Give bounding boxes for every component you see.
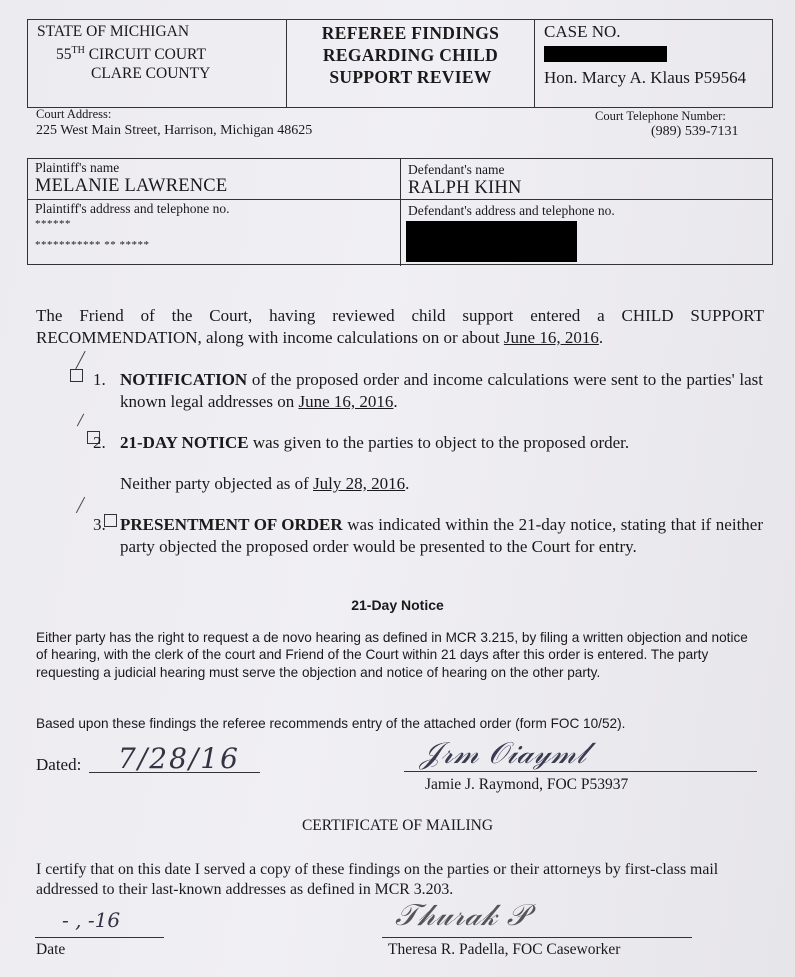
defendant-name: RALPH KIHN [408,178,772,199]
intro-paragraph: The Friend of the Court, having reviewed… [36,305,764,349]
notice-title: 21-Day Notice [0,597,795,613]
referee-signature-line [404,771,757,772]
case-no-label: CASE NO. [544,22,772,42]
recommendation: Based upon these findings the referee re… [36,716,625,731]
referee-name: Jamie J. Raymond, FOC P53937 [425,776,628,794]
state-line: STATE OF MICHIGAN [37,22,286,41]
mailing-date-label: Date [36,941,65,959]
case-no-redaction [544,46,667,62]
plaintiff-address-line2: *********** ** ***** [35,239,400,251]
item-1-checkbox[interactable] [70,369,83,382]
caption-header: STATE OF MICHIGAN 55TH CIRCUIT COURT CLA… [27,19,773,108]
mailing-date-handwritten: - , -16 [62,908,120,932]
objection-status: Neither party objected as of July 28, 20… [120,473,409,495]
judge-name: Hon. Marcy A. Klaus P59564 [544,68,772,88]
defendant-address-cell: Defendant's address and telephone no. [401,200,772,266]
court-phone-label: Court Telephone Number: [595,109,726,124]
intro-date: June 16, 2016 [504,328,599,347]
plaintiff-address-cell: Plaintiff's address and telephone no. **… [28,200,401,266]
court-address: 225 West Main Street, Harrison, Michigan… [36,123,312,139]
parties-table: Plaintiff's name MELANIE LAWRENCE Defend… [27,158,773,265]
item-2: 2. 21-DAY NOTICE was given to the partie… [93,432,763,454]
certificate-title: CERTIFICATE OF MAILING [0,817,795,835]
circuit-line: 55TH CIRCUIT COURT [37,41,286,64]
notice-body: Either party has the right to request a … [36,629,761,681]
plaintiff-name: MELANIE LAWRENCE [35,176,400,197]
mailing-date-line [35,937,164,938]
caseworker-signature-line [382,937,692,938]
defendant-name-cell: Defendant's name RALPH KIHN [401,159,772,199]
referee-signature-scribble: 𝒥𝓇𝓂 𝒪𝒾𝒶𝓎𝓂𝓁 [420,736,586,771]
county-line: CLARE COUNTY [37,64,286,83]
dated-handwritten: 7/28/16 [118,742,240,775]
certificate-text: I certify that on this date I served a c… [36,860,756,900]
plaintiff-address-line1: ****** [35,218,400,230]
item-3: 3. PRESENTMENT OF ORDER was indicated wi… [93,514,763,558]
case-info: CASE NO. Hon. Marcy A. Klaus P59564 [535,20,772,107]
dated-label: Dated: [36,754,81,776]
court-phone: (989) 539-7131 [651,124,739,140]
caseworker-name: Theresa R. Padella, FOC Caseworker [388,941,620,959]
notification-date: June 16, 2016 [298,392,393,411]
plaintiff-name-cell: Plaintiff's name MELANIE LAWRENCE [28,159,401,199]
court-address-label: Court Address: [36,107,111,122]
defendant-address-redaction [406,221,577,262]
objection-date: July 28, 2016 [313,474,405,493]
caseworker-signature-scribble: 𝒯𝒽𝓊𝓇𝒶𝓀 𝒫 [395,898,528,933]
item-1: 1. NOTIFICATION of the proposed order an… [93,369,763,413]
form-title: REFEREE FINDINGS REGARDING CHILD SUPPORT… [287,20,535,107]
court-caption: STATE OF MICHIGAN 55TH CIRCUIT COURT CLA… [28,20,287,107]
